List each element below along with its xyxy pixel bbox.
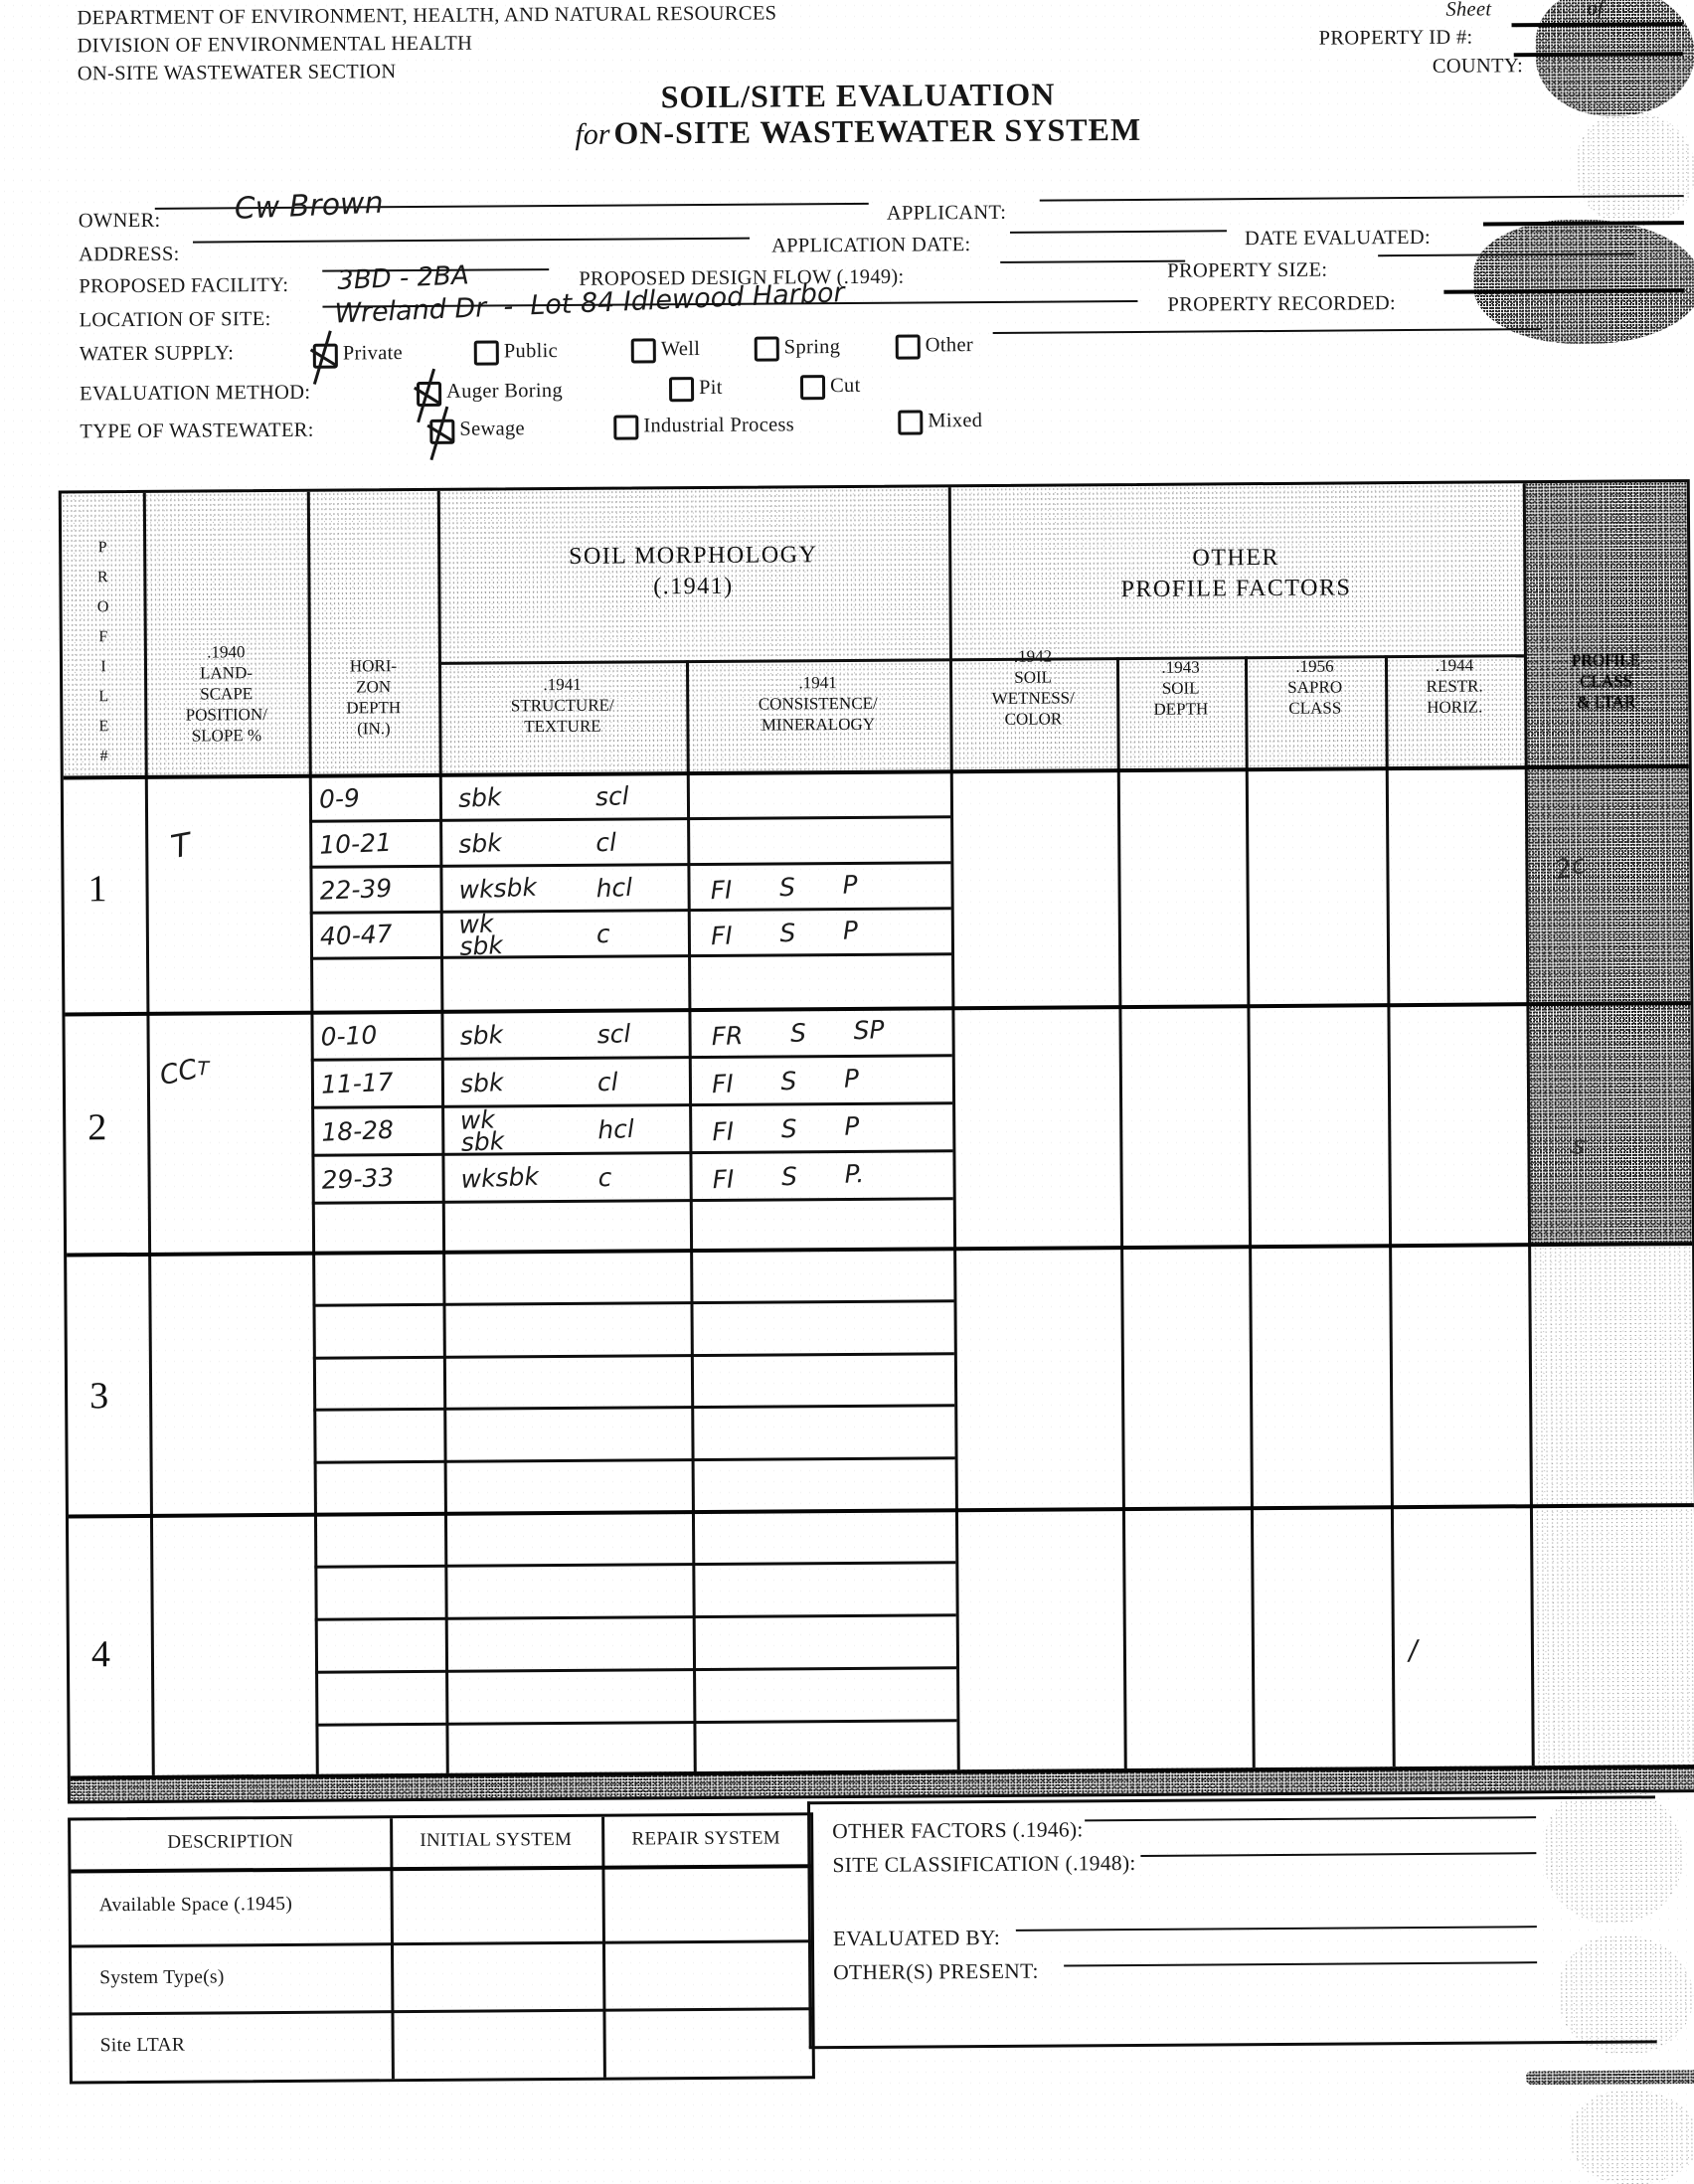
horizon-depth-value: 10-21: [318, 818, 439, 868]
agency-line-1: DEPARTMENT OF ENVIRONMENT, HEALTH, AND N…: [77, 2, 776, 30]
horizon-texture-value: c: [597, 1150, 694, 1201]
owner-label: OWNER:: [79, 210, 161, 234]
grid-line: [67, 1242, 1692, 1257]
grid-line: [390, 1818, 394, 2079]
profile-class-column-noise: [1523, 482, 1692, 1243]
horizon-texture-value: hcl: [595, 862, 692, 911]
summary-row-available-space: Available Space (.1945): [99, 1894, 293, 1917]
header-soil-morphology: SOIL MORPHOLOGY (.1941): [437, 539, 948, 604]
checkbox-private-label: Private: [343, 342, 403, 365]
header-sapro-class: .1956 SAPRO CLASS: [1245, 655, 1385, 719]
location-label: LOCATION OF SITE:: [79, 308, 270, 332]
others-present-blank-line: [1064, 1961, 1537, 1966]
sheet-of-label: of: [1587, 0, 1604, 21]
horizon-depth-value: 22-39: [319, 864, 440, 914]
water-supply-label: WATER SUPPLY:: [80, 342, 235, 366]
scan-noise-blob: [1570, 2090, 1694, 2184]
horizon-texture-value: scl: [596, 1007, 693, 1058]
horizon-structure-value: wk sbk: [459, 1103, 586, 1155]
horizon-row: 0-10 sbk scl FR S SP: [310, 1007, 951, 1059]
checkbox-other: [896, 334, 921, 359]
header-other-profile-factors: OTHER PROFILE FACTORS: [948, 541, 1523, 606]
header-profile-class-ltar: PROFILE CLASS & LTAR: [1524, 649, 1688, 713]
scan-noise-blob: [1576, 111, 1694, 227]
horizon-structure-value: sbk: [457, 771, 584, 821]
horizon-consistence-value: FI S P.: [712, 1146, 962, 1203]
form-subtitle-for: for: [575, 118, 609, 151]
checkbox-public: [474, 340, 499, 365]
grid-line: [72, 1939, 811, 1947]
scan-noise-blob: [1544, 1783, 1684, 1924]
horizon-row: 22-39 wksbk hcl FI S P: [309, 862, 950, 912]
checkbox-cut: [800, 375, 825, 400]
scan-noise-blob: [1559, 1934, 1694, 2055]
profile-number: 2: [87, 1105, 106, 1149]
horizon-row-line: [315, 1719, 956, 1726]
checkbox-cut-label: Cut: [830, 375, 861, 398]
design-flow-blank-line: [1000, 260, 1185, 263]
profile-number: 3: [89, 1374, 108, 1418]
checkbox-auger-boring-label: Auger Boring: [446, 380, 563, 404]
grid-line: [1385, 655, 1395, 1766]
profile-number: 4: [91, 1632, 110, 1676]
checkbox-spring-label: Spring: [784, 336, 841, 359]
horizon-row: 29-33 wksbk c FI S P.: [311, 1150, 952, 1202]
checkbox-mixed: [898, 410, 923, 434]
header-profile-number: P R O F I L E #: [62, 533, 145, 772]
address-blank-line: [193, 238, 750, 244]
horizon-structure-value: wksbk: [460, 1151, 587, 1203]
scan-noise-bar: [1526, 2070, 1694, 2085]
horizon-row: 11-17 sbk cl FI S P: [311, 1055, 952, 1106]
evaluated-by-blank-line: [1016, 1926, 1537, 1932]
header-soil-depth: .1943 SOIL DEPTH: [1116, 656, 1245, 720]
header-consistence-mineralogy: .1941 CONSISTENCE/ MINERALOGY: [686, 671, 949, 736]
checkbox-other-label: Other: [926, 334, 973, 357]
horizon-row-line: [315, 1666, 956, 1673]
summary-row-site-ltar: Site LTAR: [100, 2035, 186, 2058]
header-horizon-depth: HORI- ZON DEPTH (IN.): [308, 655, 439, 740]
grid-line: [72, 2007, 811, 2015]
checkbox-mixed-label: Mixed: [928, 410, 982, 432]
evaluation-method-label: EVALUATION METHOD:: [80, 382, 310, 407]
horizon-depth-value: 11-17: [320, 1057, 441, 1108]
horizon-row: 40-47 wk sbk c FI S P: [310, 908, 951, 957]
checkbox-industrial-process: [613, 415, 638, 439]
property-recorded-label: PROPERTY RECORDED:: [1167, 292, 1396, 317]
horizon-texture-value: c: [595, 908, 692, 956]
grid-line: [71, 1864, 810, 1873]
sheet-label: Sheet: [1445, 0, 1491, 22]
horizon-depth-value: 18-28: [320, 1104, 441, 1156]
others-present-label: OTHER(S) PRESENT:: [833, 1959, 1039, 1985]
application-date-label: APPLICATION DATE:: [771, 234, 971, 257]
scan-noise-blob: [1535, 0, 1694, 116]
horizon-depth-value: 0-9: [318, 772, 439, 822]
horizon-row-line: [313, 1352, 954, 1359]
horizon-texture-value: scl: [594, 770, 691, 819]
header-structure-texture: .1941 STRUCTURE/ TEXTURE: [438, 673, 686, 738]
checkbox-industrial-process-label: Industrial Process: [643, 414, 794, 437]
summary-header-initial-system: INITIAL SYSTEM: [390, 1829, 601, 1852]
checkbox-private: [313, 344, 338, 369]
header-soil-wetness: .1942 SOIL WETNESS/ COLOR: [949, 645, 1117, 730]
horizon-depth-value: 40-47: [319, 910, 440, 959]
date-evaluated-label: DATE EVALUATED:: [1245, 227, 1431, 251]
restrictive-horizon-mark: /: [1408, 1635, 1418, 1666]
checkbox-sewage-label: Sewage: [459, 418, 525, 440]
horizon-row-line: [315, 1613, 956, 1620]
other-factors-label: OTHER FACTORS (.1946):: [832, 1817, 1084, 1844]
wastewater-type-label: TYPE OF WASTEWATER:: [80, 420, 314, 444]
horizon-structure-value: sbk: [459, 1056, 586, 1107]
horizon-depth-value: 29-33: [321, 1152, 442, 1204]
evaluated-by-label: EVALUATED BY:: [833, 1926, 1000, 1951]
application-date-blank-line: [1010, 230, 1227, 234]
horizon-depth-value: 0-10: [320, 1009, 441, 1061]
horizon-row-line: [313, 1404, 954, 1411]
system-summary-table: DESCRIPTION INITIAL SYSTEM REPAIR SYSTEM…: [68, 1812, 815, 2084]
header-restrictive-horizon: .1944 RESTR. HORIZ.: [1385, 654, 1524, 718]
scan-noise-blob: [1473, 219, 1694, 345]
checkbox-spring: [755, 336, 779, 361]
horizon-row-line: [314, 1561, 955, 1568]
horizon-texture-value: cl: [594, 816, 691, 865]
property-id-label: PROPERTY ID #:: [1319, 27, 1473, 51]
header-landscape: .1940 LAND- SCAPE POSITION/ SLOPE %: [144, 641, 309, 747]
landscape-position-value: CC: [157, 1054, 200, 1092]
county-label: COUNTY:: [1433, 55, 1523, 79]
summary-header-repair-system: REPAIR SYSTEM: [601, 1827, 810, 1850]
date-evaluated-blank-line: [1483, 221, 1684, 226]
summary-row-system-types: System Type(s): [99, 1966, 225, 1989]
horizon-row-line: [312, 1299, 953, 1306]
form-title: SOIL/SITE EVALUATION: [510, 75, 1206, 116]
address-label: ADDRESS:: [79, 244, 180, 267]
summary-header-description: DESCRIPTION: [71, 1830, 390, 1854]
landscape-position-value: T: [168, 825, 194, 866]
property-size-label: PROPERTY SIZE:: [1167, 259, 1327, 283]
site-classification-label: SITE CLASSIFICATION (.1948):: [832, 1851, 1135, 1878]
scanned-form-page: DEPARTMENT OF ENVIRONMENT, HEALTH, AND N…: [0, 0, 1694, 2184]
owner-value: Cw Brown: [234, 186, 384, 227]
footer-block-bottom-line: [809, 2040, 1657, 2048]
checkbox-well-label: Well: [661, 338, 701, 361]
grid-line: [1116, 657, 1126, 1768]
site-classification-blank-line: [1140, 1852, 1536, 1857]
grid-line: [1245, 656, 1255, 1767]
other-blank-line: [993, 328, 1542, 334]
horizon-consistence-value: FI S P: [710, 904, 960, 958]
profile-number: 1: [87, 867, 106, 911]
agency-line-2: DIVISION OF ENVIRONMENTAL HEALTH: [78, 33, 473, 59]
proposed-facility-value: 3BD - 2BA: [337, 260, 470, 296]
applicant-label: APPLICANT:: [887, 202, 1007, 226]
checkbox-public-label: Public: [504, 340, 558, 363]
horizon-row: 10-21 sbk cl: [309, 816, 950, 866]
horizon-structure-value: sbk: [457, 817, 584, 867]
horizon-structure-value: wk sbk: [458, 909, 585, 958]
horizon-structure-value: wksbk: [458, 863, 585, 913]
proposed-facility-label: PROPOSED FACILITY:: [79, 274, 288, 298]
form-subtitle: ON-SITE WASTEWATER SYSTEM: [613, 111, 1141, 151]
checkbox-pit-label: Pit: [699, 377, 723, 400]
grid-line: [69, 1503, 1694, 1518]
checkbox-well: [631, 338, 656, 363]
horizon-structure-value: sbk: [459, 1008, 586, 1060]
checkbox-auger-boring: [417, 382, 441, 407]
other-factors-blank-line: [1085, 1816, 1536, 1821]
checkbox-pit: [669, 377, 694, 402]
horizon-texture-value: cl: [596, 1055, 693, 1105]
horizon-texture-value: hcl: [596, 1102, 693, 1153]
soil-profile-table: P R O F I L E # .1940 LAND- SCAPE POSITI…: [59, 479, 1694, 1803]
horizon-row-line: [314, 1456, 955, 1463]
horizon-row: 18-28 wk sbk hcl FI S P: [311, 1102, 952, 1154]
checkbox-sewage: [429, 420, 454, 444]
horizon-row: 0-9 sbk scl: [309, 770, 950, 820]
agency-line-3: ON-SITE WASTEWATER SECTION: [78, 61, 397, 85]
grid-line: [601, 1817, 605, 2078]
